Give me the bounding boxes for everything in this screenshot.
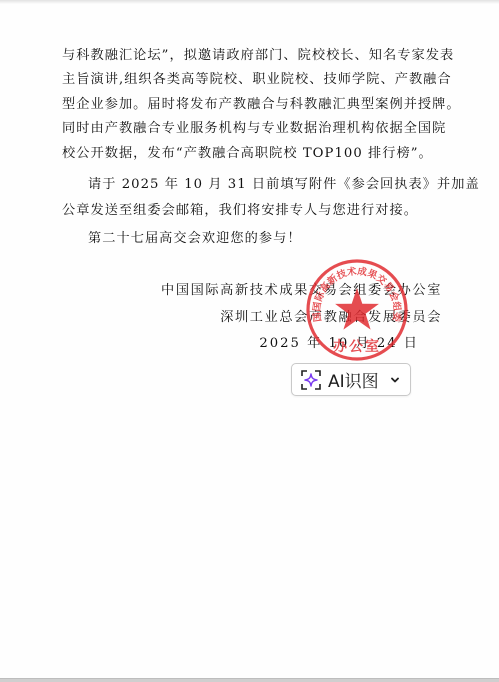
welcome-line: 第二十七届高交会欢迎您的参与！ [88, 231, 468, 247]
signature-org-1: 中国国际高新技术成果交易会组委会办公室 [161, 283, 442, 299]
ai-image-recognition-button[interactable]: AI识图 [291, 363, 411, 396]
chevron-down-icon[interactable] [389, 374, 401, 386]
document-page: 与科教融汇论坛”，拟邀请政府部门、院校校长、知名专家发表 主旨演讲,组织各类高等… [0, 0, 499, 678]
body-line: 校公开数据，发布“产教融合高职院校 TOP100 排行榜”。 [62, 146, 442, 162]
ai-scan-sparkle-icon [300, 369, 322, 391]
body-line: 与科教融汇论坛”，拟邀请政府部门、院校校长、知名专家发表 [62, 48, 442, 64]
request-line: 请于 2025 年 10 月 31 日前填写附件《参会回执表》并加盖 [88, 177, 468, 193]
ai-button-label: AI识图 [328, 367, 379, 392]
signature-org-2: 深圳工业总会产教融合发展委员会 [220, 310, 442, 326]
signature-date: 2025 年 10 月 24 日 [259, 336, 419, 352]
body-line: 主旨演讲,组织各类高等院校、职业院校、技师学院、产教融合 [62, 72, 442, 88]
page-bottom-edge [0, 678, 499, 682]
request-line: 公章发送至组委会邮箱，我们将安排专人与您进行对接。 [62, 203, 442, 219]
body-line: 型企业参加。届时将发布产教融合与科教融汇典型案例并授牌。 [62, 97, 442, 113]
body-line: 同时由产教融合专业服务机构与专业数据治理机构依据全国院 [62, 121, 442, 137]
